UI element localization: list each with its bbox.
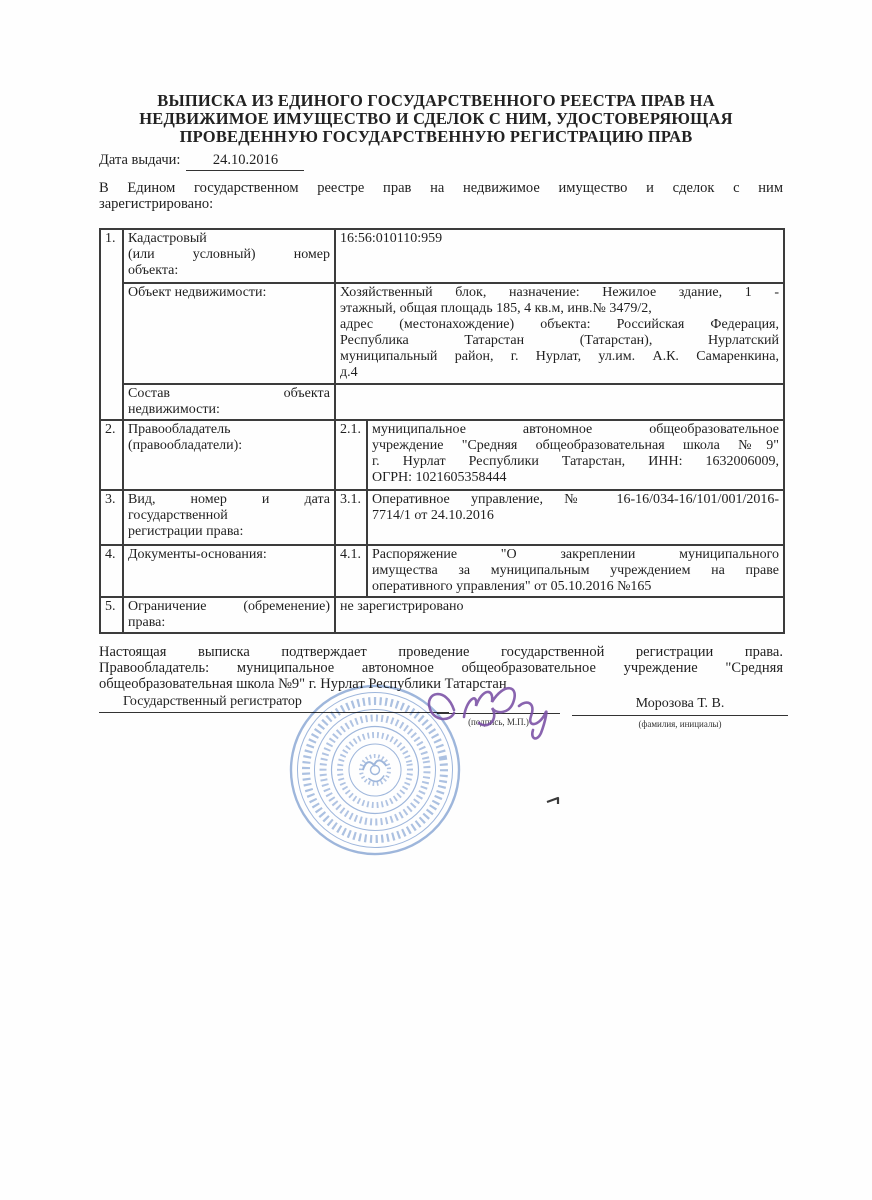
signature-line: [437, 695, 560, 714]
signature-caption: (подпись, М.П.): [427, 717, 570, 727]
row-rightholder: 2. Правообладатель(правообладатели): 2.1…: [100, 420, 784, 490]
sub-number: 3.1.: [335, 490, 367, 545]
row-cadastral-number: 1. Кадастровый(или условный) номеробъект…: [100, 229, 784, 283]
egrp-table: 1. Кадастровый(или условный) номеробъект…: [99, 228, 785, 634]
closing-statement: Настоящая выписка подтверждает проведени…: [99, 644, 783, 693]
name-caption: (фамилия, инициалы): [572, 719, 788, 729]
cell-value: [335, 384, 784, 420]
cell-value: не зарегистрировано: [335, 597, 784, 633]
cell-value: Хозяйственный блок, назначение: Нежилое …: [335, 283, 784, 384]
cell-label: Ограничение (обременение)права:: [123, 597, 335, 633]
row-object-composition: Состав объектанедвижимости:: [100, 384, 784, 420]
row-number: 2.: [100, 420, 123, 490]
row-registration-record: 3. Вид, номер и датагосударственнойрегис…: [100, 490, 784, 545]
registry-intro: В Едином государственном реестре прав на…: [99, 181, 783, 213]
sub-number: 2.1.: [335, 420, 367, 490]
cell-value: муниципальное автономное общеобразовател…: [367, 420, 784, 490]
cell-label: Правообладатель(правообладатели):: [123, 420, 335, 490]
document-page: ВЫПИСКА ИЗ ЕДИНОГО ГОСУДАРСТВЕННОГО РЕЕС…: [0, 0, 872, 1200]
row-number: 3.: [100, 490, 123, 545]
issue-date-row: Дата выдачи:24.10.2016: [99, 152, 304, 171]
row-basis-documents: 4. Документы-основания: 4.1. Распоряжени…: [100, 545, 784, 597]
row-property-object: Объект недвижимости: Хозяйственный блок,…: [100, 283, 784, 384]
registrar-title: Государственный регистратор: [99, 694, 449, 713]
cell-value: Оперативное управление, № 16-16/034-16/1…: [367, 490, 784, 545]
document-title: ВЫПИСКА ИЗ ЕДИНОГО ГОСУДАРСТВЕННОГО РЕЕС…: [106, 92, 766, 146]
ink-mark: [545, 795, 563, 811]
object-address: адрес (местонахождение) объекта: Российс…: [340, 317, 779, 381]
sub-number: 4.1.: [335, 545, 367, 597]
cell-label: Вид, номер и датагосударственнойрегистра…: [123, 490, 335, 545]
row-encumbrance: 5. Ограничение (обременение)права: не за…: [100, 597, 784, 633]
row-number: 4.: [100, 545, 123, 597]
row-number: 5.: [100, 597, 123, 633]
object-description: Хозяйственный блок, назначение: Нежилое …: [340, 285, 779, 317]
registrar-name: Морозова Т. В.: [572, 696, 788, 716]
issue-date-label: Дата выдачи:: [99, 152, 180, 169]
cell-value: 16:56:010110:959: [335, 229, 784, 283]
cell-value: Распоряжение "О закреплении муниципально…: [367, 545, 784, 597]
cell-label: Кадастровый(или условный) номеробъекта:: [123, 229, 335, 283]
cell-label: Объект недвижимости:: [123, 283, 335, 384]
cell-label: Документы-основания:: [123, 545, 335, 597]
issue-date-value: 24.10.2016: [186, 152, 304, 171]
cell-label: Состав объектанедвижимости:: [123, 384, 335, 420]
row-number: 1.: [100, 229, 123, 420]
